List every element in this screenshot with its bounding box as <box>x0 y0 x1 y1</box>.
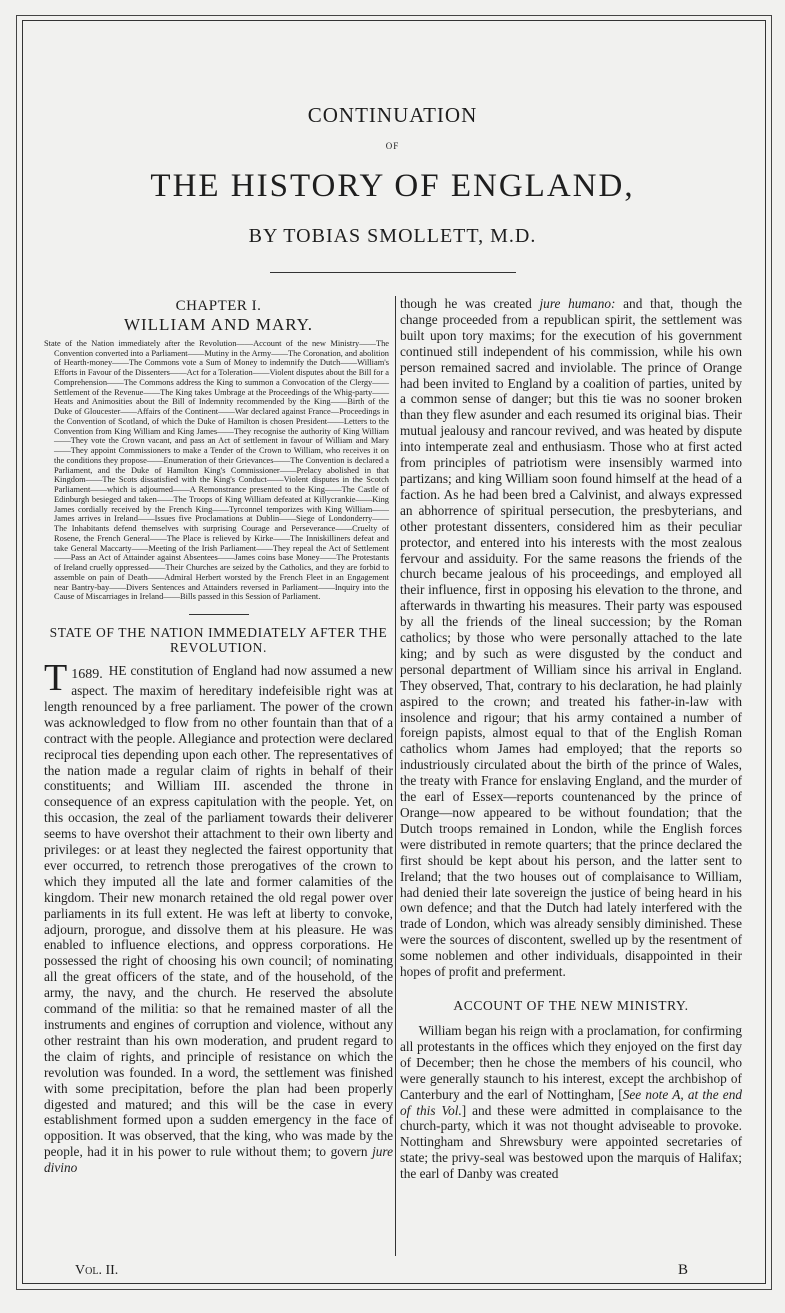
title-rule <box>270 272 516 273</box>
year-marginal: 1689. <box>71 667 103 683</box>
title-of: OF <box>0 141 785 151</box>
drop-cap: T <box>44 663 67 693</box>
book-title: THE HISTORY OF ENGLAND, <box>0 168 785 205</box>
body-text-right-pre: though he was created <box>400 296 532 311</box>
chapter-title: WILLIAM AND MARY. <box>44 317 393 333</box>
section-rule <box>189 614 249 615</box>
italic-phrase: jure humano: <box>539 296 615 311</box>
left-column: CHAPTER I. WILLIAM AND MARY. State of th… <box>44 296 393 1176</box>
body-text-right: and that, though the change proceeded fr… <box>400 296 742 979</box>
volume-label: Vol. II. <box>75 1263 118 1279</box>
chapter-summary: State of the Nation immediately after th… <box>44 339 389 602</box>
body-paragraph-continued: though he was created jure humano: and t… <box>400 296 742 980</box>
author-line: BY TOBIAS SMOLLETT, M.D. <box>0 225 785 248</box>
chapter-number: CHAPTER I. <box>44 299 393 315</box>
column-divider <box>395 296 396 1256</box>
section-heading-state-of-nation: STATE OF THE NATION IMMEDIATELY AFTER TH… <box>44 625 393 655</box>
body-paragraph: 1689.THE constitution of England had now… <box>44 663 393 1176</box>
signature-mark: B <box>678 1262 688 1279</box>
section-heading-new-ministry: ACCOUNT OF THE NEW MINISTRY. <box>400 998 742 1013</box>
right-column: though he was created jure humano: and t… <box>400 296 742 1182</box>
body-paragraph: William began his reign with a proclamat… <box>400 1023 742 1182</box>
body-text-left: HE constitution of England had now assum… <box>44 663 393 1159</box>
title-continuation: CONTINUATION <box>0 103 785 128</box>
